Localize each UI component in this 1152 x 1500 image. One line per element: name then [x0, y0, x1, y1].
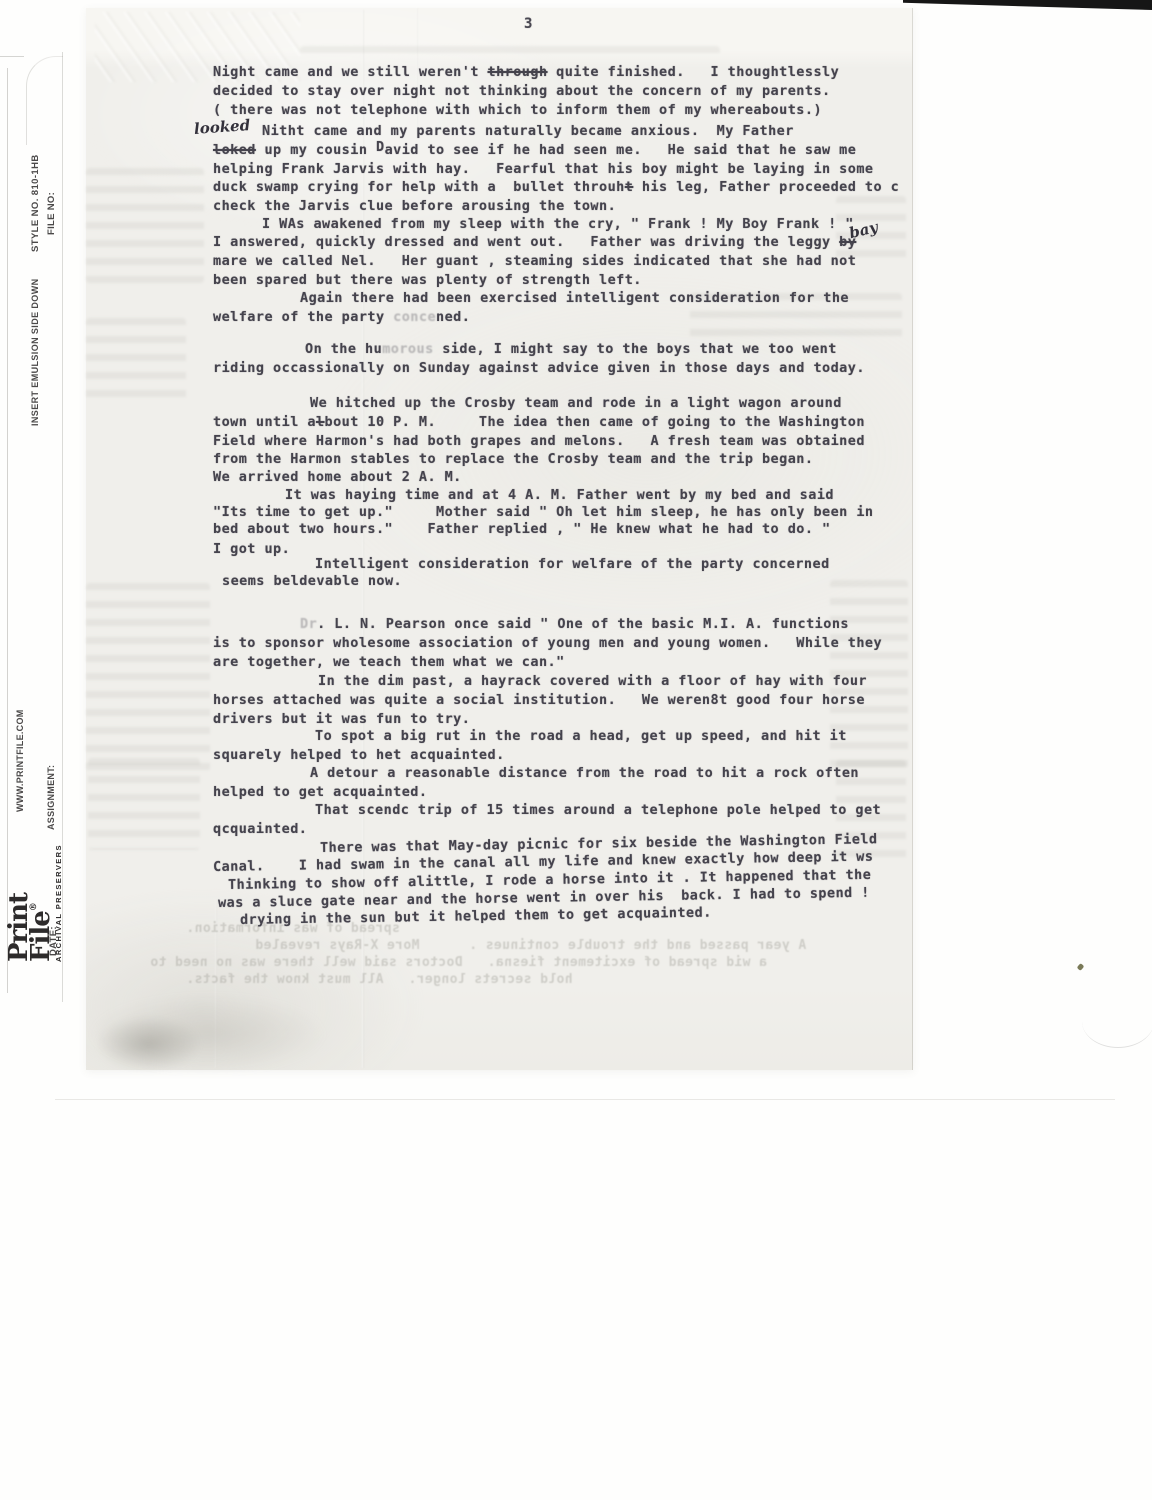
registered-trademark-icon: ®	[29, 902, 39, 911]
typed-line: seems beldevable now.	[222, 574, 402, 588]
typed-line: squarely helped to het acquainted.	[213, 748, 505, 762]
typed-line: town until albout 10 P. M. The idea then…	[213, 415, 865, 429]
typed-line: We arrived home about 2 A. M.	[213, 470, 462, 484]
bleedthrough-line: A year passed and the trouble continues …	[255, 938, 806, 953]
sleeve-website: WWW.PRINTFILE.COM	[15, 709, 25, 812]
typed-line: It was haying time and at 4 A. M. Father…	[285, 488, 834, 502]
typed-line: ( there was not telephone with which to …	[213, 103, 822, 117]
sleeve-insert-instruction: INSERT EMULSION SIDE DOWN	[30, 278, 40, 426]
typed-line: Field where Harmon's had both grapes and…	[213, 434, 865, 448]
bleedthrough-smudge	[86, 318, 186, 408]
typed-line: been spared but there was plenty of stre…	[213, 273, 642, 287]
typed-line: loked up my cousin David to see if he ha…	[213, 143, 856, 157]
printfile-logo-wordmark: Print File®	[8, 838, 52, 962]
typed-line: We hitched up the Crosby team and rode i…	[310, 396, 842, 410]
bleedthrough-smudge	[86, 168, 204, 283]
typed-line: I answered, quickly dressed and went out…	[213, 235, 856, 249]
typed-line: are together, we teach them what we can.…	[213, 655, 565, 669]
typed-line: qcquainted.	[213, 822, 307, 836]
scan-edge-artifact	[903, 0, 1152, 10]
bleedthrough-smudge	[300, 46, 720, 62]
typed-line: On the humorous side, I might say to the…	[305, 342, 837, 356]
typed-line: "Its time to get up." Mother said " Oh l…	[213, 505, 873, 519]
printfile-logo: Print File® ARCHIVAL PRESERVERS	[8, 962, 60, 1084]
sleeve-edge-line	[55, 1099, 1115, 1100]
sleeve-assignment-label: ASSIGNMENT:	[46, 765, 56, 830]
typed-line: duck swamp crying for help with a bullet…	[213, 180, 899, 194]
bleedthrough-line: hold secrets longer. All must know the f…	[186, 972, 573, 987]
bleedthrough-smudge	[88, 758, 200, 850]
typed-line: Again there had been exercised intellige…	[300, 291, 849, 305]
sleeve-corner-crease	[26, 56, 63, 145]
ink-speck	[1077, 963, 1085, 971]
typed-line: riding occassionally on Sunday against a…	[213, 361, 865, 375]
typed-line: Intelligent consideration for welfare of…	[315, 557, 830, 571]
typed-line: mare we called Nel. Her guant , steaming…	[213, 254, 856, 268]
sleeve-border-line	[0, 56, 24, 57]
bleedthrough-smudge	[86, 583, 210, 771]
typed-line: I WAs awakened from my sleep with the cr…	[262, 217, 854, 231]
typed-line: welfare of the party concened.	[213, 310, 470, 324]
sleeve-file-no-label: FILE NO:	[46, 192, 57, 235]
typed-line: is to sponsor wholesome association of y…	[213, 636, 882, 650]
typed-line: Dr. L. N. Pearson once said " One of the…	[300, 617, 849, 631]
typed-line: Nitht came and my parents naturally beca…	[262, 124, 794, 138]
typed-line: from the Harmon stables to replace the C…	[213, 452, 813, 466]
typed-line: horses attached was quite a social insti…	[213, 693, 865, 707]
typed-line: helping Frank Jarvis with hay. Fearful t…	[213, 162, 873, 176]
typed-line: To spot a big rut in the road a head, ge…	[315, 729, 847, 743]
hairline-artifact	[1082, 995, 1152, 1048]
scanned-document: STYLE NO. 810-1HB FILE NO: INSERT EMULSI…	[0, 0, 1152, 1500]
bleedthrough-line: a wid spread of excitement fiesna. Docto…	[150, 955, 767, 970]
typed-line: bed about two hours." Father replied , "…	[213, 522, 831, 536]
typed-line: Night came and we still weren't through …	[213, 65, 839, 79]
typed-line: drivers but it was fun to try.	[213, 712, 470, 726]
typed-line: In the dim past, a hayrack covered with …	[318, 674, 867, 688]
sleeve-style-number: STYLE NO. 810-1HB	[30, 154, 41, 252]
paper-stain	[96, 1016, 201, 1072]
typed-line: helped to get acquainted.	[213, 785, 427, 799]
typed-line: A detour a reasonable distance from the …	[310, 766, 859, 780]
page-number: 3	[524, 16, 532, 32]
typed-line: That scendc trip of 15 times around a te…	[315, 803, 881, 817]
typed-line: check the Jarvis clue before arousing th…	[213, 199, 616, 213]
typed-line: I got up.	[213, 542, 290, 556]
printfile-logo-subtitle: ARCHIVAL PRESERVERS	[54, 838, 63, 962]
typed-line: decided to stay over night not thinking …	[213, 84, 831, 98]
